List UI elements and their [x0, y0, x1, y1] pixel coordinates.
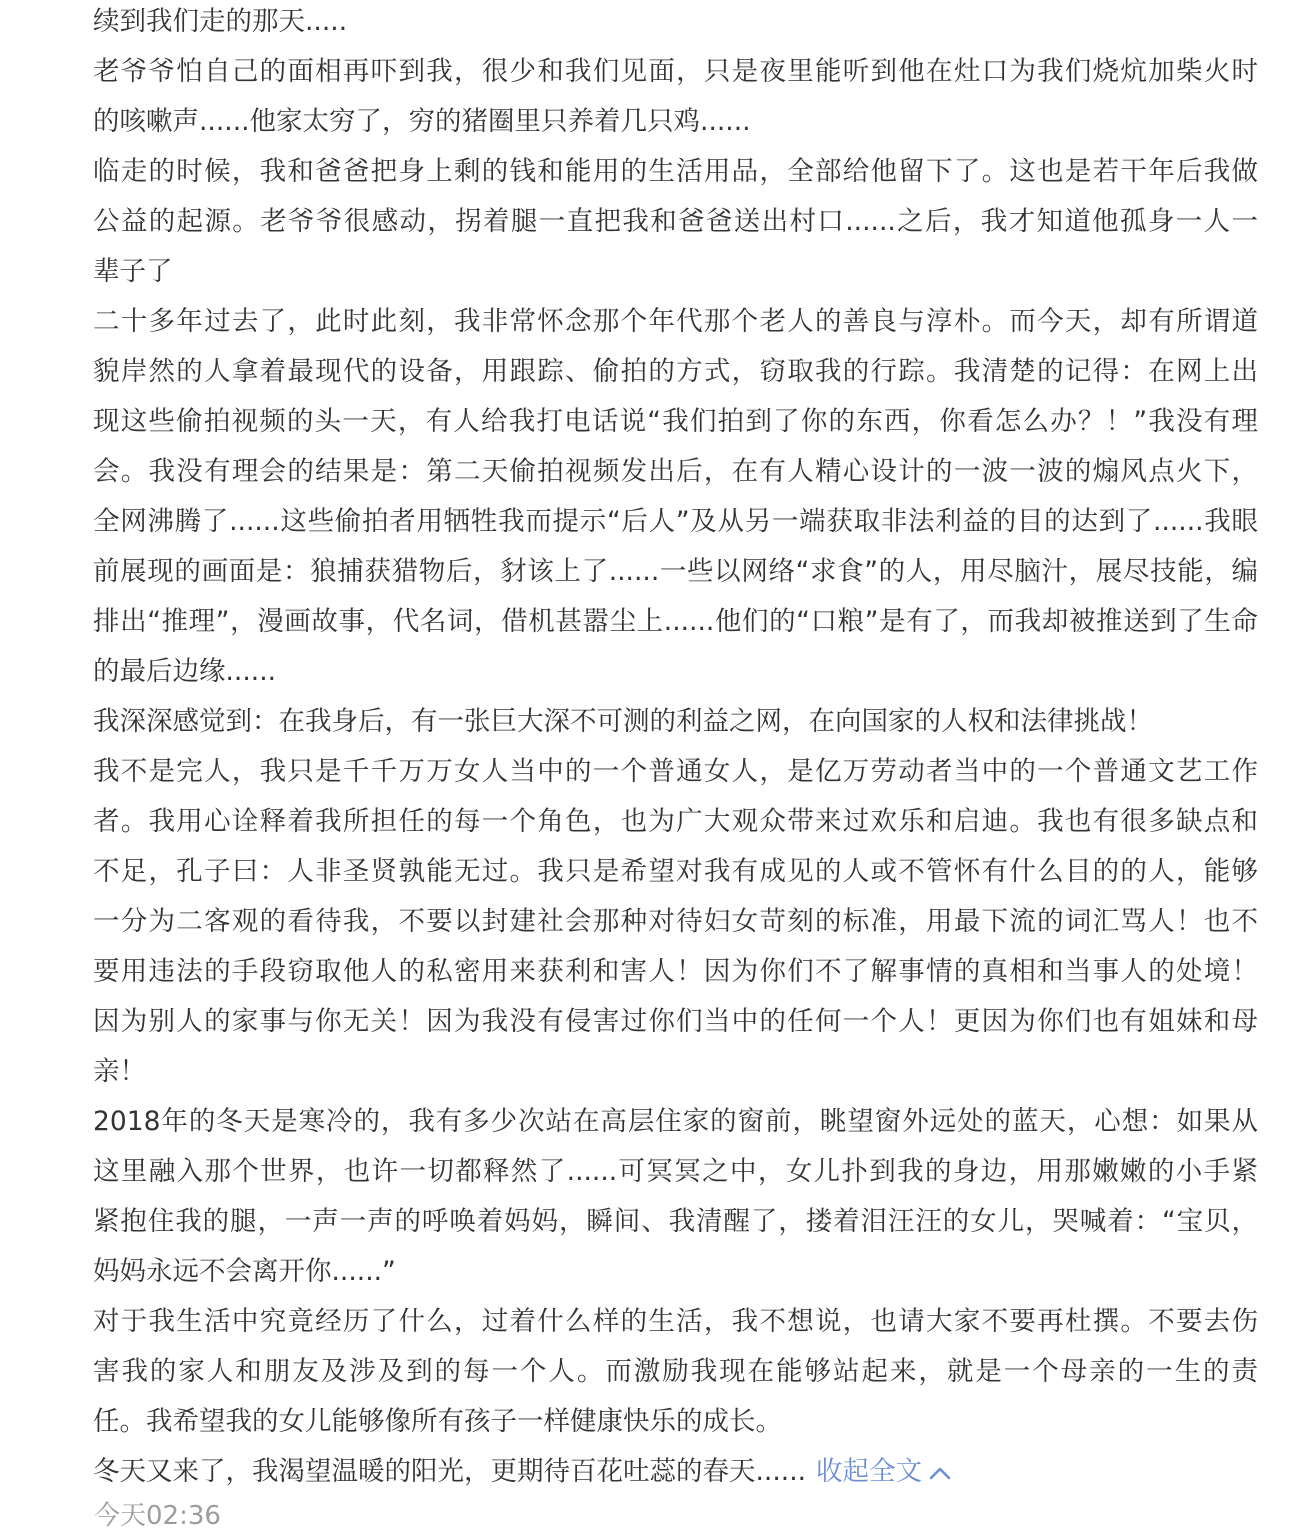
- post-line: 对于我生活中究竟经历了什么，过着什么样的生活，我不想说，也请大家不要再杜撰。不要…: [93, 1297, 1258, 1347]
- post-line: 亲！: [93, 1047, 1258, 1097]
- post-line: 一分为二客观的看待我，不要以封建社会那种对待妇女苛刻的标准，用最下流的词汇骂人！…: [93, 897, 1258, 947]
- post-line: 临走的时候，我和爸爸把身上剩的钱和能用的生活用品，全部给他留下了。这也是若干年后…: [93, 147, 1258, 197]
- post-line: 前展现的画面是：狼捕获猎物后，豺该上了......一些以网络“求食”的人，用尽脑…: [93, 547, 1258, 597]
- post-line: 现这些偷拍视频的头一天，有人给我打电话说“我们拍到了你的东西，你看怎么办？！”我…: [93, 397, 1258, 447]
- post-line: 妈妈永远不会离开你......”: [93, 1247, 1258, 1297]
- post-line: 全网沸腾了......这些偷拍者用牺牲我而提示“后人”及从另一端获取非法利益的目…: [93, 497, 1258, 547]
- post-last-line-text: 冬天又来了，我渴望温暖的阳光，更期待百花吐蕊的春天......: [93, 1456, 806, 1487]
- post-last-line: 冬天又来了，我渴望温暖的阳光，更期待百花吐蕊的春天......收起全文: [93, 1447, 1258, 1497]
- post-line: 2018年的冬天是寒冷的，我有多少次站在高层住家的窗前，眺望窗外远处的蓝天，心想…: [93, 1097, 1258, 1147]
- post-line: 不足，孔子曰：人非圣贤孰能无过。我只是希望对我有成见的人或不管怀有什么目的的人，…: [93, 847, 1258, 897]
- post-line: 害我的家人和朋友及涉及到的每一个人。而激励我现在能够站起来，就是一个母亲的一生的…: [93, 1347, 1258, 1397]
- post-line: 的咳嗽声......他家太穷了，穷的猪圈里只养着几只鸡......: [93, 97, 1258, 147]
- post-line: 老爷爷怕自己的面相再吓到我，很少和我们见面，只是夜里能听到他在灶口为我们烧炕加柴…: [93, 47, 1258, 97]
- post-line: 要用违法的手段窃取他人的私密用来获利和害人！因为你们不了解事情的真相和当事人的处…: [93, 947, 1258, 997]
- post-line: 公益的起源。老爷爷很感动，拐着腿一直把我和爸爸送出村口......之后，我才知道…: [93, 197, 1258, 247]
- post-line: 会。我没有理会的结果是：第二天偷拍视频发出后，在有人精心设计的一波一波的煽风点火…: [93, 447, 1258, 497]
- collapse-full-text-link[interactable]: 收起全文: [816, 1456, 952, 1487]
- chevron-up-icon: [928, 1465, 952, 1481]
- post-line: 我不是完人，我只是千千万万女人当中的一个普通女人，是亿万劳动者当中的一个普通文艺…: [93, 747, 1258, 797]
- post-body: 续到我们走的那天.....老爷爷怕自己的面相再吓到我，很少和我们见面，只是夜里能…: [93, 0, 1258, 1497]
- post-line: 续到我们走的那天.....: [93, 0, 1258, 47]
- post-line: 这里融入那个世界，也许一切都释然了......可冥冥之中，女儿扑到我的身边，用那…: [93, 1147, 1258, 1197]
- post-lines: 续到我们走的那天.....老爷爷怕自己的面相再吓到我，很少和我们见面，只是夜里能…: [93, 0, 1258, 1447]
- post-line: 二十多年过去了，此时此刻，我非常怀念那个年代那个老人的善良与淳朴。而今天，却有所…: [93, 297, 1258, 347]
- post-line: 貌岸然的人拿着最现代的设备，用跟踪、偷拍的方式，窃取我的行踪。我清楚的记得：在网…: [93, 347, 1258, 397]
- collapse-link-label: 收起全文: [816, 1456, 922, 1487]
- post-line: 排出“推理”，漫画故事，代名词，借机甚嚣尘上......他们的“口粮”是有了，而…: [93, 597, 1258, 647]
- post-line: 辈子了: [93, 247, 1258, 297]
- post-line: 因为别人的家事与你无关！因为我没有侵害过你们当中的任何一个人！更因为你们也有姐妹…: [93, 997, 1258, 1047]
- post-line: 紧抱住我的腿，一声一声的呼唤着妈妈，瞬间、我清醒了，搂着泪汪汪的女儿，哭喊着：“…: [93, 1197, 1258, 1247]
- post-line: 的最后边缘......: [93, 647, 1258, 697]
- post-line: 我深深感觉到：在我身后，有一张巨大深不可测的利益之网，在向国家的人权和法律挑战！: [93, 697, 1258, 747]
- post-line: 任。我希望我的女儿能够像所有孩子一样健康快乐的成长。: [93, 1397, 1258, 1447]
- post-timestamp[interactable]: 今天02:36: [94, 1496, 221, 1534]
- post-line: 者。我用心诠释着我所担任的每一个角色，也为广大观众带来过欢乐和启迪。我也有很多缺…: [93, 797, 1258, 847]
